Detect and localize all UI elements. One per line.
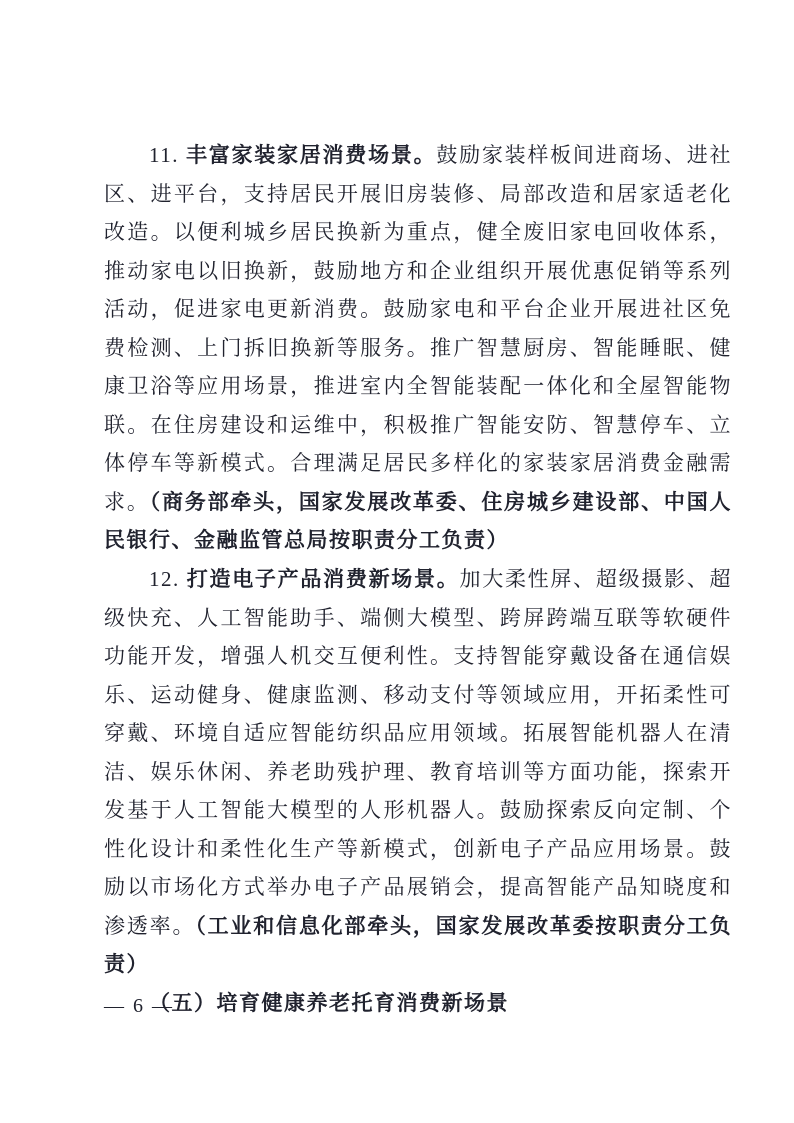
- document-text-body: 11. 丰富家装家居消费场景。鼓励家装样板间进商场、进社区、进平台，支持居民开展…: [104, 136, 732, 1023]
- text-segment: 丰富家装家居消费场景。: [186, 143, 436, 167]
- text-segment: 加大柔性屏、超级摄影、超级快充、人工智能助手、端侧大模型、跨屏跨端互联等软硬件功…: [104, 567, 732, 938]
- text-segment: （商务部牵头，国家发展改革委、住房城乡建设部、中国人民银行、金融监管总局按职责分…: [104, 490, 732, 553]
- text-segment: 12.: [149, 567, 187, 591]
- text-segment: （五）培育健康养老托育消费新场景: [149, 991, 509, 1015]
- text-segment: （工业和信息化部牵头，国家发展改革委按职责分工负责）: [104, 914, 732, 977]
- page-number: — 6 —: [104, 995, 174, 1018]
- text-segment: 鼓励家装样板间进商场、进社区、进平台，支持居民开展旧房装修、局部改造和居家适老化…: [104, 143, 732, 514]
- paragraph-item-11: 11. 丰富家装家居消费场景。鼓励家装样板间进商场、进社区、进平台，支持居民开展…: [104, 136, 732, 560]
- document-page: 11. 丰富家装家居消费场景。鼓励家装样板间进商场、进社区、进平台，支持居民开展…: [0, 0, 794, 1123]
- paragraph-item-12: 12. 打造电子产品消费新场景。加大柔性屏、超级摄影、超级快充、人工智能助手、端…: [104, 560, 732, 984]
- text-segment: 11.: [149, 143, 186, 167]
- text-segment: 打造电子产品消费新场景。: [187, 567, 460, 591]
- paragraph-section-5-heading: （五）培育健康养老托育消费新场景: [104, 984, 732, 1023]
